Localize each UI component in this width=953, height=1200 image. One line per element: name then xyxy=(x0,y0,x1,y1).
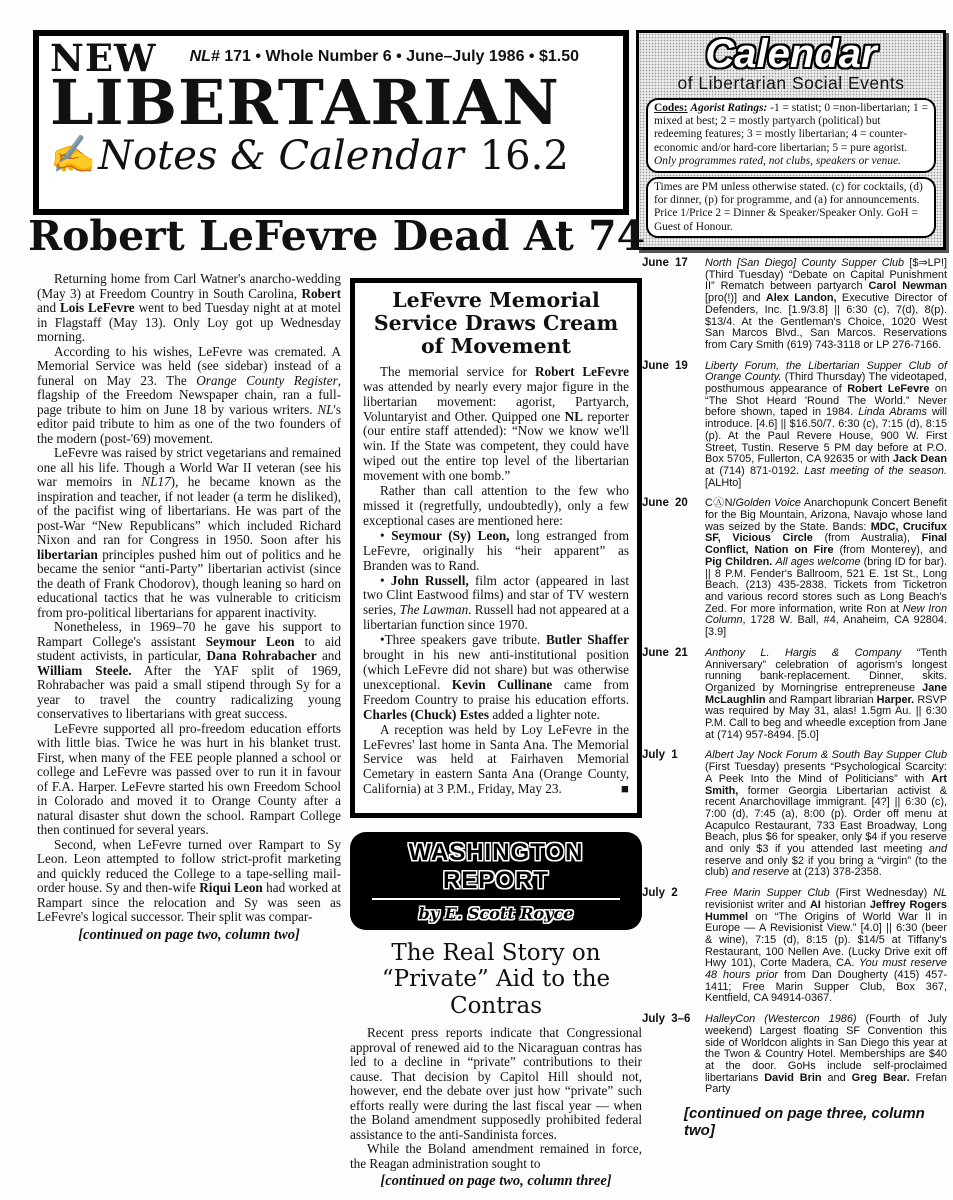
washington-paragraph: Recent press reports indicate that Congr… xyxy=(350,1026,642,1142)
masthead: NEW NL# 171 • Whole Number 6 • June–July… xyxy=(33,30,629,215)
lead-paragraph: According to his wishes, LeFevre was cre… xyxy=(37,345,341,447)
entry-date: June 20 xyxy=(642,498,688,510)
entry-date: July 2 xyxy=(642,888,678,900)
washington-paragraph-list: Recent press reports indicate that Congr… xyxy=(350,1026,642,1171)
entry-body: CⒶN/Golden Voice Anarchopunk Concert Ben… xyxy=(705,497,947,638)
entry-body: HalleyCon (Westercon 1986) (Fourth of Ju… xyxy=(705,1013,947,1095)
lead-paragraph: Returning home from Carl Watner's anarch… xyxy=(37,272,341,345)
calendar-codes-note: Codes: Agorist Ratings: -1 = statist; 0 … xyxy=(646,98,936,173)
newsletter-page: NEW NL# 171 • Whole Number 6 • June–July… xyxy=(0,0,953,1200)
washington-paragraph: While the Boland amendment remained in f… xyxy=(350,1142,642,1171)
memorial-sidebar-box: LeFevre Memorial Service Draws Cream of … xyxy=(350,278,642,818)
lead-continued-line: [continued on page two, column two] xyxy=(37,927,341,944)
washington-report-title: WASHINGTON REPORT xyxy=(358,839,634,895)
memorial-paragraph-list: The memorial service for Robert LeFevre … xyxy=(363,365,629,797)
washington-report-byline: by E. Scott Royce xyxy=(358,904,634,923)
memorial-paragraph: • John Russell, film actor (appeared in … xyxy=(363,574,629,634)
entry-date: July 3–6 xyxy=(642,1014,690,1026)
lead-paragraph: LeFevre supported all pro-freedom educat… xyxy=(37,722,341,838)
memorial-paragraph: Rather than call attention to the few wh… xyxy=(363,484,629,529)
lead-headline: Robert LeFevre Dead At 74 xyxy=(28,212,630,260)
lead-paragraph: LeFevre was raised by strict vegetarians… xyxy=(37,446,341,620)
writing-hand-icon: ✍ xyxy=(50,137,96,174)
masthead-edition: 16.2 xyxy=(480,133,569,179)
entry-date: June 17 xyxy=(642,258,688,270)
calendar-subtitle: of Libertarian Social Events xyxy=(646,73,936,94)
entry-body: North [San Diego] County Supper Club [$⇒… xyxy=(705,257,947,351)
memorial-paragraph: A reception was held by Loy LeFevre in t… xyxy=(363,723,629,798)
calendar-entry: July 1 Albert Jay Nock Forum & South Bay… xyxy=(642,750,947,879)
washington-continued-line: [continued on page two, column three] xyxy=(350,1173,642,1190)
masthead-title: LIBERTARIAN xyxy=(50,74,612,133)
memorial-paragraph: • Seymour (Sy) Leon, long estranged from… xyxy=(363,529,629,574)
entry-body: Liberty Forum, the Libertarian Supper Cl… xyxy=(705,360,947,489)
calendar-column: June 17 North [San Diego] County Supper … xyxy=(642,258,947,1139)
lead-paragraph: Second, when LeFevre turned over Rampart… xyxy=(37,838,341,925)
calendar-entry-list: June 17 North [San Diego] County Supper … xyxy=(642,258,947,1096)
calendar-entry: June 21 Anthony L. Hargis & Company “Ten… xyxy=(642,648,947,742)
memorial-heading: LeFevre Memorial Service Draws Cream of … xyxy=(363,289,629,358)
calendar-entry: June 20 CⒶN/Golden Voice Anarchopunk Con… xyxy=(642,498,947,638)
memorial-paragraph: The memorial service for Robert LeFevre … xyxy=(363,365,629,484)
calendar-header-box: Calendar of Libertarian Social Events Co… xyxy=(636,30,946,250)
calendar-entry: June 17 North [San Diego] County Supper … xyxy=(642,258,947,352)
calendar-entry: June 19 Liberty Forum, the Libertarian S… xyxy=(642,361,947,490)
lead-paragraph: Nonetheless, in 1969–70 he gave his supp… xyxy=(37,620,341,722)
lead-story-column: Returning home from Carl Watner's anarch… xyxy=(37,272,341,944)
entry-date: July 1 xyxy=(642,750,678,762)
entry-body: Anthony L. Hargis & Company “Tenth Anniv… xyxy=(705,647,947,741)
calendar-continued-line: [continued on page three, column two] xyxy=(642,1105,947,1139)
washington-report-banner: WASHINGTON REPORT by E. Scott Royce xyxy=(350,832,642,930)
entry-date: June 19 xyxy=(642,361,688,373)
lead-paragraph-list: Returning home from Carl Watner's anarch… xyxy=(37,272,341,925)
masthead-subtitle: Notes & Calendar xyxy=(98,133,464,179)
entry-body: Albert Jay Nock Forum & South Bay Supper… xyxy=(705,749,947,878)
entry-body: Free Marin Supper Club (First Wednesday)… xyxy=(705,887,947,1004)
washington-report-headline: The Real Story on “Private” Aid to the C… xyxy=(350,940,642,1019)
memorial-paragraph: •Three speakers gave tribute. Butler Sha… xyxy=(363,633,629,722)
banner-divider xyxy=(372,898,620,900)
calendar-entry: July 2 Free Marin Supper Club (First Wed… xyxy=(642,888,947,1005)
calendar-times-note: Times are PM unless otherwise stated. (c… xyxy=(646,177,936,238)
middle-column: LeFevre Memorial Service Draws Cream of … xyxy=(350,278,642,1190)
entry-date: June 21 xyxy=(642,648,688,660)
calendar-title: Calendar xyxy=(646,34,936,75)
calendar-entry: July 3–6 HalleyCon (Westercon 1986) (Fou… xyxy=(642,1014,947,1096)
masthead-subtitle-row: ✍ Notes & Calendar 16.2 xyxy=(50,133,612,179)
